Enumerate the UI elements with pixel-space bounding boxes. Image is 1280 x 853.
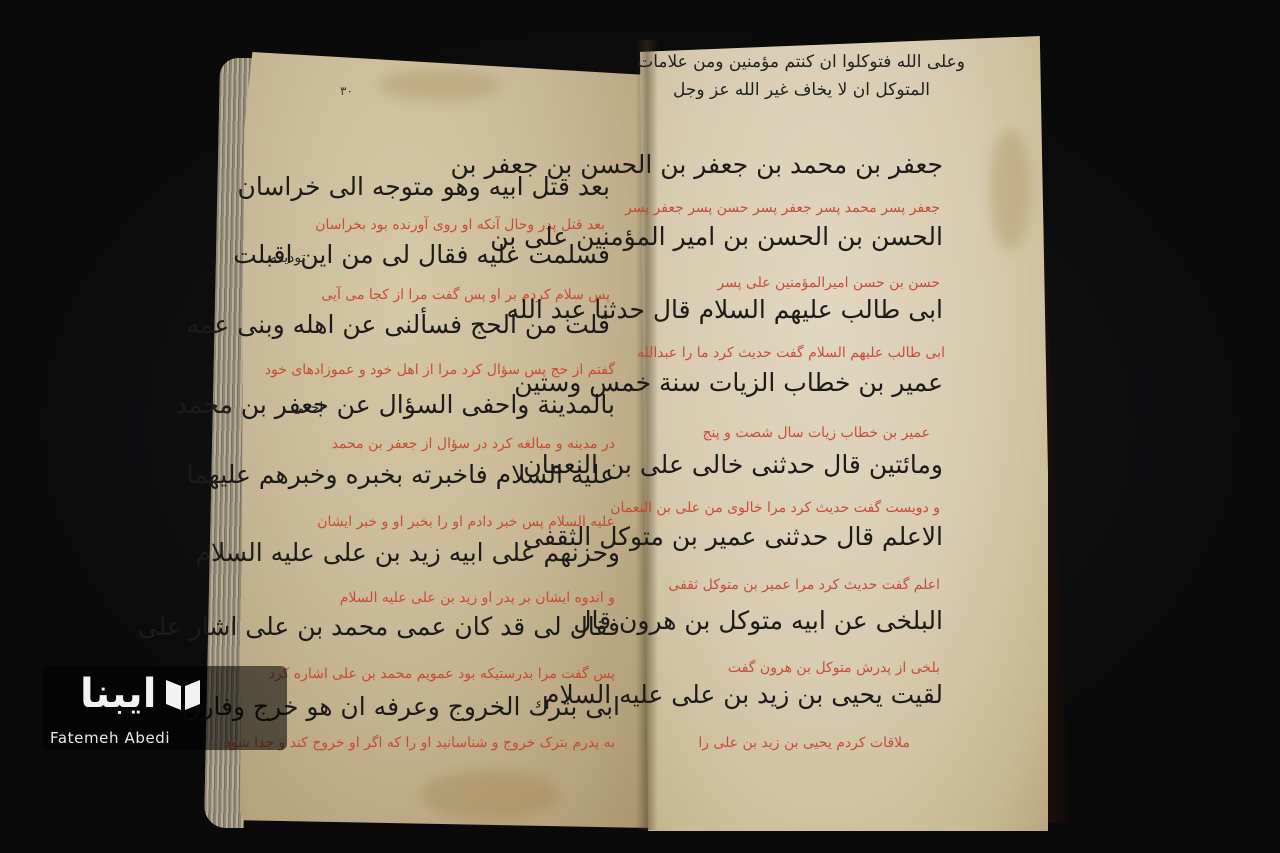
- arabic-line: البلخى عن ابيه متوكل بن هرون قال: [668, 606, 943, 635]
- arabic-line: عمير بن خطاب الزيات سنة خمس وستين: [668, 368, 943, 397]
- persian-line: عمیر بن خطاب زیات سال شصت و پنج: [680, 425, 930, 441]
- persian-line: حسن بن حسن امیرالمؤمنین علی پسر: [675, 275, 940, 291]
- persian-line: جعفر پسر محمد پسر جعفر پسر حسن پسر جعفر …: [675, 200, 940, 216]
- photographer-credit: Fatemeh Abedi: [50, 729, 170, 747]
- open-book-icon: [164, 676, 202, 712]
- arabic-line: الحسن بن الحسن بن امير المؤمنين على بن: [668, 222, 943, 251]
- paper-stain: [380, 70, 500, 100]
- header-line: المتوكل ان لا يخاف غير الله عز وجل: [700, 80, 930, 100]
- arabic-line: لقيت يحيى بن زيد بن على عليه السلام: [668, 680, 943, 709]
- persian-line: اعلم گفت حدیث کرد مرا عمیر بن متوکل ثقفی: [675, 577, 940, 593]
- arabic-line: جعفر بن محمد بن جعفر بن الحسن بن جعفر بن: [668, 150, 943, 179]
- persian-line: ملاقات کردم یحیی بن زید بن علی را: [680, 735, 910, 751]
- arabic-line: الاعلم قال حدثنى عمير بن متوكل الثقفى: [668, 522, 943, 551]
- persian-line: و دویست گفت حدیث کرد مرا خالوی من علی بن…: [675, 500, 940, 516]
- persian-line: به پدرم بترک خروج و شناسانید او را که اگ…: [345, 735, 615, 751]
- page-number-mark: ٣٠: [340, 84, 353, 98]
- persian-line: و اندوه ایشان بر پدر او زید بن علی علیه …: [345, 590, 615, 606]
- header-line: وعلى الله فتوكلوا ان كنتم مؤمنين ومن علا…: [690, 52, 965, 72]
- arabic-line: ابى طالب عليهم السلام قال حدثنا عبد الله: [668, 295, 943, 324]
- watermark-logo-text: ایبنا: [80, 674, 156, 714]
- paper-stain: [420, 770, 560, 820]
- arabic-line: ومائتين قال حدثنى خالى على بن النعمان: [668, 450, 943, 479]
- persian-line: بلخی از پدرش متوکل بن هرون گفت: [675, 660, 940, 676]
- watermark-logo: ایبنا: [80, 674, 202, 714]
- persian-line: ابی طالب علیهم السلام گفت حدیث کرد ما را…: [660, 345, 945, 361]
- paper-stain: [990, 130, 1030, 250]
